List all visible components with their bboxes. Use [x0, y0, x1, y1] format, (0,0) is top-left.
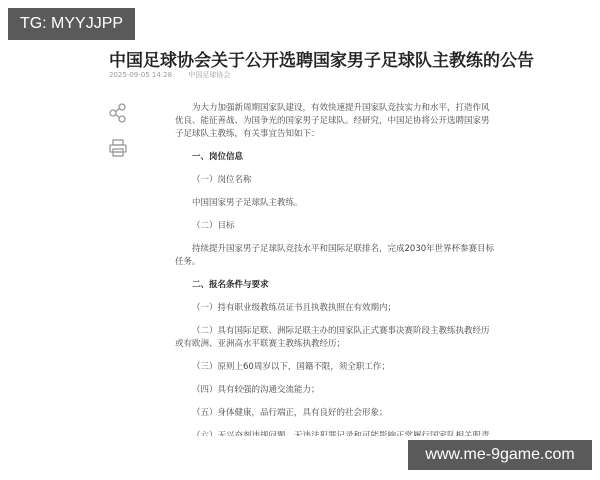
sub-heading: （二）目标	[175, 220, 495, 233]
paragraph: 中国国家男子足球队主教练。	[175, 197, 495, 210]
article-date: 2025-09-05 14:28	[109, 71, 172, 79]
paragraph: （三）原则上60周岁以下，国籍不限，须全职工作；	[175, 361, 495, 374]
paragraph: 持续提升国家男子足球队竞技水平和国际足联排名，完成2030年世界杯参赛目标任务。	[175, 243, 495, 269]
share-icon[interactable]	[107, 102, 129, 124]
paragraph: （二）具有国际足联、洲际足联主办的国家队正式赛事决赛阶段主教练执教经历或有欧洲、…	[175, 325, 495, 351]
article-source[interactable]: 中国足球协会	[188, 71, 230, 79]
watermark-bottom-right: www.me-9game.com	[408, 440, 592, 470]
section-heading: 二、报名条件与要求	[175, 279, 495, 292]
section-heading: 一、岗位信息	[175, 151, 495, 164]
sub-heading: （一）岗位名称	[175, 174, 495, 187]
paragraph: （一）持有职业级教练员证书且执教执照在有效期内；	[175, 302, 495, 315]
paragraph: （五）身体健康，品行端正，具有良好的社会形象；	[175, 407, 495, 420]
article-meta: 2025-09-05 14:28 中国足球协会	[109, 70, 244, 80]
article-title: 中国足球协会关于公开选聘国家男子足球队主教练的公告	[109, 46, 534, 71]
paragraph: （六）无兴奋剂违规问题，无违法犯罪记录和可能影响正常履行国家队相关职责的法律纠纷…	[175, 430, 495, 436]
print-icon[interactable]	[107, 137, 129, 159]
paragraph: （四）具有较强的沟通交流能力；	[175, 384, 495, 397]
article-page: 中国足球协会关于公开选聘国家男子足球队主教练的公告 2025-09-05 14:…	[0, 0, 600, 436]
article-body: 为大力加强新周期国家队建设，有效快速提升国家队竞技实力和水平，打造作风优良、能征…	[175, 102, 495, 436]
paragraph: 为大力加强新周期国家队建设，有效快速提升国家队竞技实力和水平，打造作风优良、能征…	[175, 102, 495, 141]
watermark-top-left: TG: MYYJJPP	[8, 8, 135, 40]
